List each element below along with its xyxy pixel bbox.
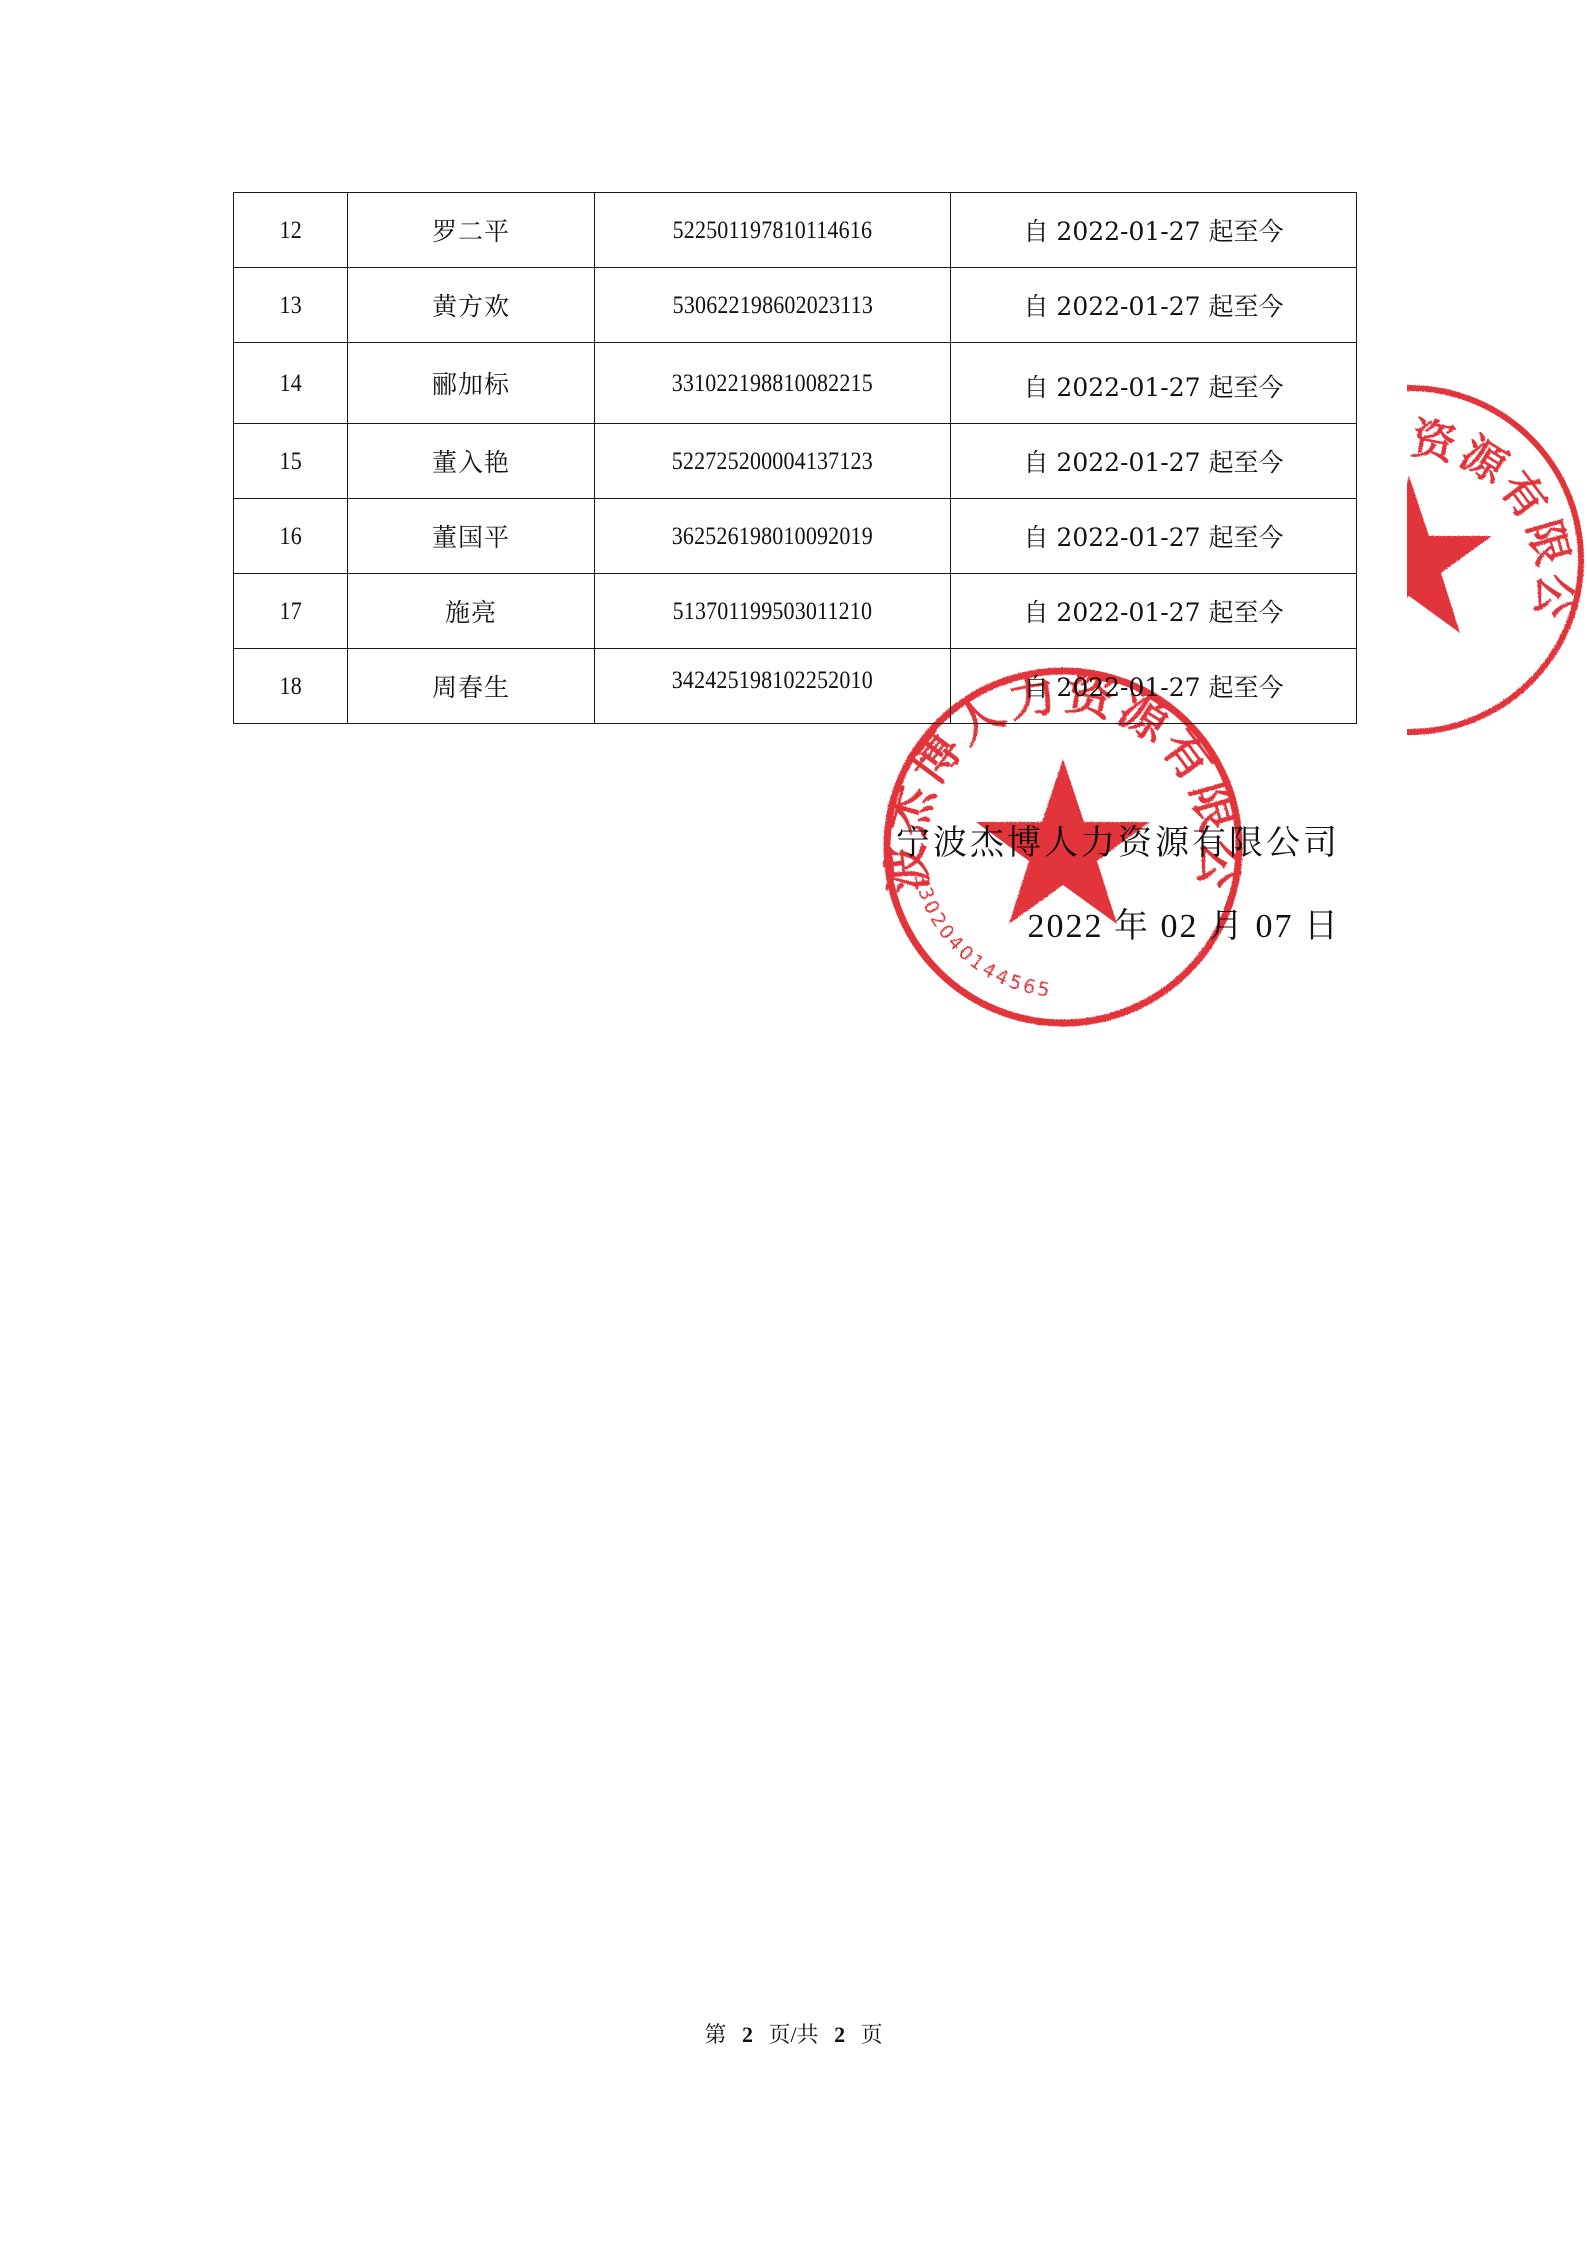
employment-period-cell: 自 2022-01-27 起至今: [951, 574, 1357, 649]
employment-period-cell: 自 2022-01-27 起至今: [951, 343, 1357, 424]
employee-table: 12罗二平522501197810114616自 2022-01-27 起至今1…: [233, 192, 1357, 724]
employee-name-text: 黄方欢: [432, 292, 510, 321]
svg-text:宁波杰博人力资源有限公司: 宁波杰博人力资源有限公司: [1407, 380, 1580, 624]
table-row: 12罗二平522501197810114616自 2022-01-27 起至今: [234, 193, 1357, 268]
employee-name-cell: 施亮: [348, 574, 595, 649]
employment-period-cell: 自 2022-01-27 起至今: [951, 424, 1357, 499]
id-number-cell: 522725200004137123: [595, 424, 951, 499]
row-number-cell: 17: [234, 574, 348, 649]
seal-icon: 宁波杰博人力资源有限公司: [1407, 380, 1587, 740]
employment-period-cell: 自 2022-01-27 起至今: [951, 499, 1357, 574]
employee-name-text: 董入艳: [432, 448, 510, 477]
table-row: 13黄方欢530622198602023113自 2022-01-27 起至今: [234, 268, 1357, 343]
employee-name-text: 郦加标: [432, 370, 510, 399]
id-number-cell: 513701199503011210: [595, 574, 951, 649]
signature-date: 2022 年 02 月 07 日: [1028, 898, 1341, 947]
row-number-cell: 16: [234, 499, 348, 574]
footer-prefix: 第: [704, 2022, 726, 2047]
footer-total-pages: 2: [834, 2022, 845, 2047]
row-number-cell: 18: [234, 649, 348, 724]
footer-page-number: 2: [742, 2022, 753, 2047]
employee-name-cell: 郦加标: [348, 343, 595, 424]
page-footer: 第 2 页/共 2 页: [0, 2018, 1587, 2049]
seam-seal-stamp: 宁波杰博人力资源有限公司: [1407, 380, 1587, 740]
employment-period-text: 自 2022-01-27 起至今: [1023, 292, 1283, 321]
row-number-cell: 15: [234, 424, 348, 499]
id-number-cell: 362526198010092019: [595, 499, 951, 574]
employee-name-cell: 罗二平: [348, 193, 595, 268]
id-number-text: 522725200004137123: [672, 448, 873, 476]
row-number-text: 13: [279, 292, 301, 320]
table-row: 16董国平362526198010092019自 2022-01-27 起至今: [234, 499, 1357, 574]
row-number-text: 17: [279, 598, 301, 626]
id-number-text: 530622198602023113: [672, 292, 872, 320]
id-number-cell: 522501197810114616: [595, 193, 951, 268]
signature-company: 宁波杰博人力资源有限公司: [896, 815, 1340, 864]
employee-name-cell: 董入艳: [348, 424, 595, 499]
row-number-text: 18: [279, 673, 301, 701]
employment-period-text: 自 2022-01-27 起至今: [1023, 523, 1283, 552]
row-number-text: 16: [279, 523, 301, 551]
row-number-text: 12: [279, 217, 301, 245]
id-number-text: 513701199503011210: [673, 598, 873, 626]
employment-period-text: 自 2022-01-27 起至今: [1023, 217, 1283, 246]
row-number-cell: 14: [234, 343, 348, 424]
table-row: 14郦加标331022198810082215自 2022-01-27 起至今: [234, 343, 1357, 424]
employment-period-cell: 自 2022-01-27 起至今: [951, 268, 1357, 343]
employment-period-text: 自 2022-01-27 起至今: [1023, 373, 1283, 402]
id-number-text: 522501197810114616: [673, 217, 873, 245]
employee-name-text: 董国平: [432, 523, 510, 552]
employee-name-cell: 周春生: [348, 649, 595, 724]
row-number-text: 14: [279, 370, 301, 398]
employee-name-cell: 黄方欢: [348, 268, 595, 343]
id-number-cell: 530622198602023113: [595, 268, 951, 343]
employment-period-text: 自 2022-01-27 起至今: [1023, 448, 1283, 477]
employee-name-text: 罗二平: [432, 217, 510, 246]
employee-table-body: 12罗二平522501197810114616自 2022-01-27 起至今1…: [234, 193, 1357, 724]
footer-suffix: 页: [861, 2022, 883, 2047]
table-row: 17施亮513701199503011210自 2022-01-27 起至今: [234, 574, 1357, 649]
id-number-cell: 331022198810082215: [595, 343, 951, 424]
id-number-cell: 342425198102252010: [595, 649, 951, 724]
document-page: 12罗二平522501197810114616自 2022-01-27 起至今1…: [0, 0, 1587, 2245]
employee-name-cell: 董国平: [348, 499, 595, 574]
employment-period-cell: 自 2022-01-27 起至今: [951, 649, 1357, 724]
employment-period-cell: 自 2022-01-27 起至今: [951, 193, 1357, 268]
row-number-text: 15: [279, 448, 301, 476]
footer-middle: 页/共: [768, 2022, 818, 2047]
row-number-cell: 12: [234, 193, 348, 268]
row-number-cell: 13: [234, 268, 348, 343]
table-row: 18周春生342425198102252010自 2022-01-27 起至今: [234, 649, 1357, 724]
employee-name-text: 周春生: [432, 673, 510, 702]
employment-period-text: 自 2022-01-27 起至今: [1023, 598, 1283, 627]
employee-name-text: 施亮: [445, 598, 497, 627]
id-number-text: 342425198102252010: [672, 667, 873, 695]
table-row: 15董入艳522725200004137123自 2022-01-27 起至今: [234, 424, 1357, 499]
id-number-text: 331022198810082215: [672, 370, 873, 398]
employment-period-text: 自 2022-01-27 起至今: [1023, 673, 1283, 702]
id-number-text: 362526198010092019: [672, 523, 873, 551]
